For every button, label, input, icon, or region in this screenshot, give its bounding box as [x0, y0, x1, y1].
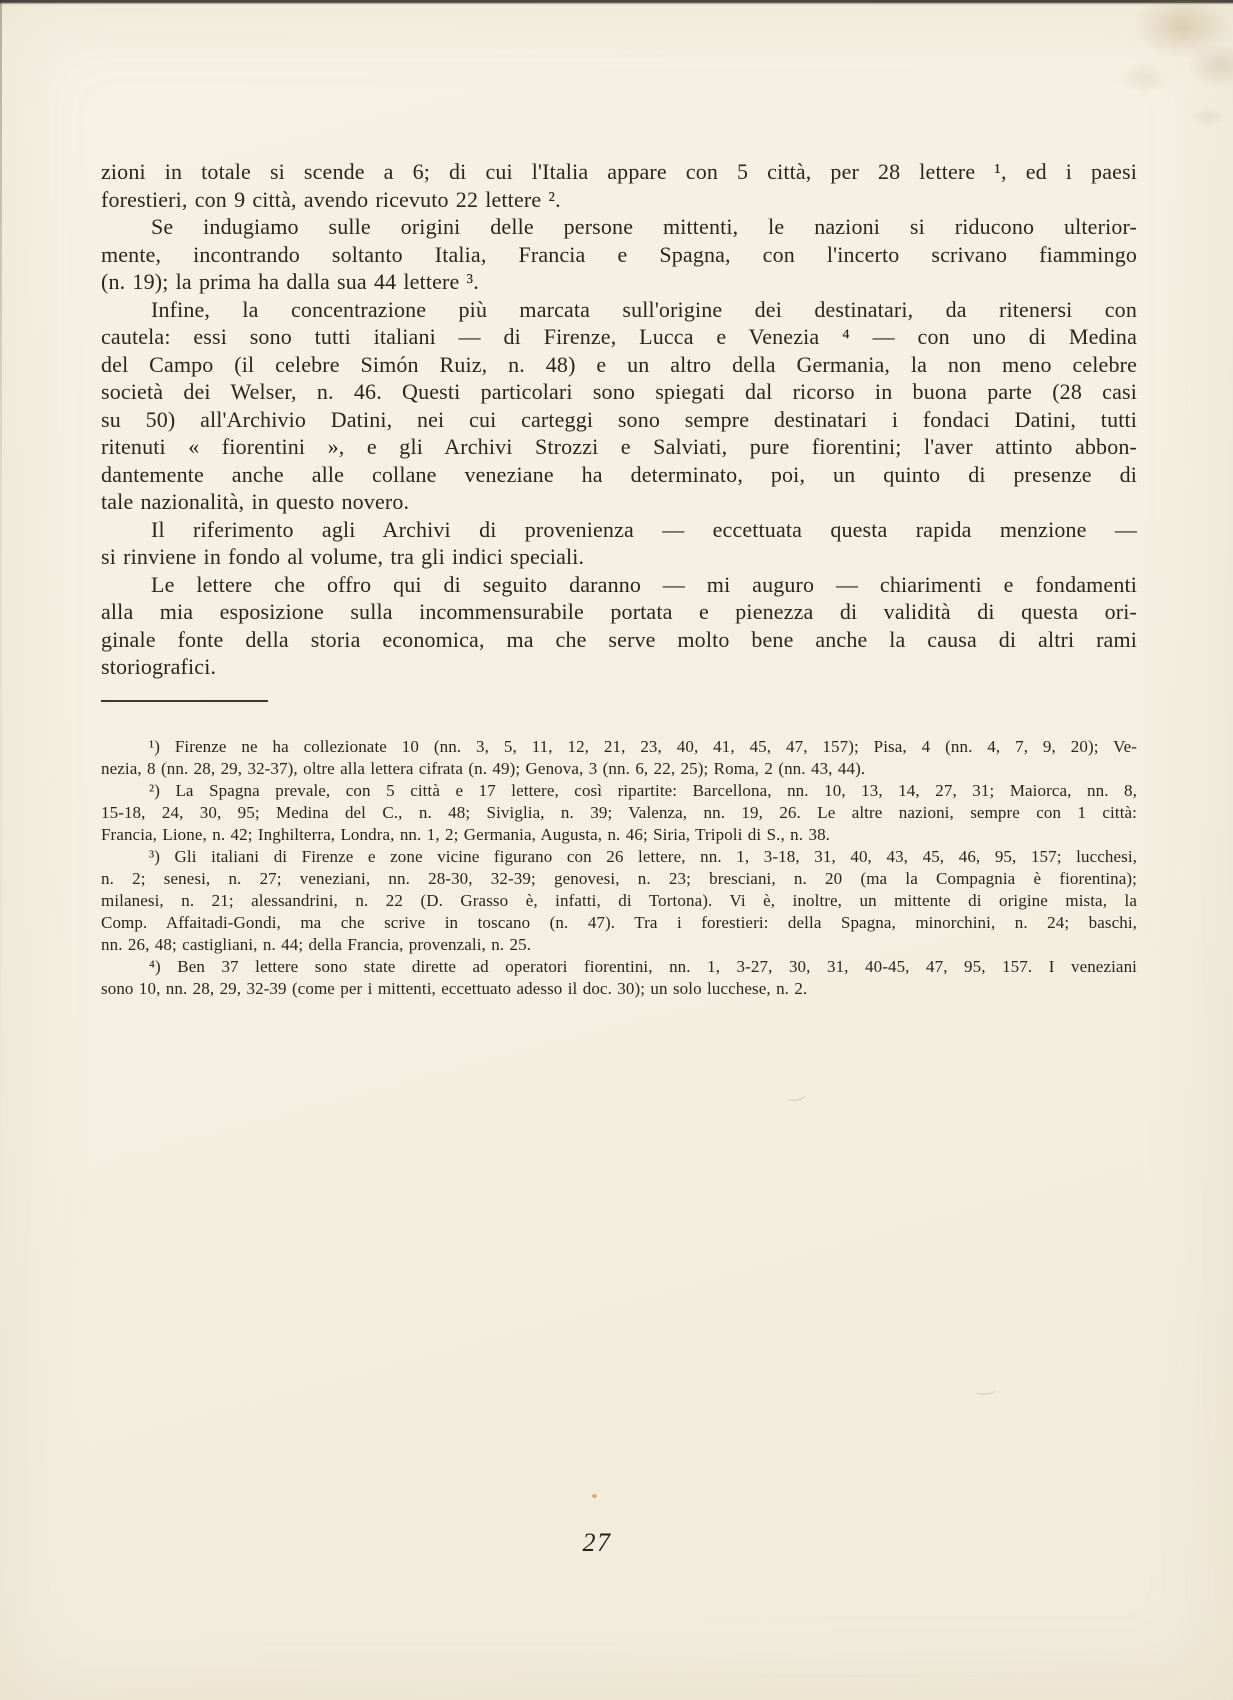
- footnote-separator: [101, 700, 268, 702]
- text-line: sono 10, nn. 28, 29, 32-39 (come per i m…: [101, 978, 1137, 1000]
- text-line: ¹) Firenze ne ha collezionate 10 (nn. 3,…: [101, 736, 1137, 758]
- paragraph: Il riferimento agli Archivi di provenien…: [101, 516, 1137, 571]
- text-line: 15-18, 24, 30, 95; Medina del C., n. 48;…: [101, 802, 1137, 824]
- text-line: Il riferimento agli Archivi di provenien…: [101, 516, 1137, 544]
- text-line: Se indugiamo sulle origini delle persone…: [101, 213, 1137, 241]
- paragraph: zioni in totale si scende a 6; di cui l'…: [101, 158, 1137, 213]
- paragraph: ¹) Firenze ne ha collezionate 10 (nn. 3,…: [101, 736, 1137, 780]
- scan-artifact: [975, 1384, 998, 1396]
- text-line: ginale fonte della storia economica, ma …: [101, 626, 1137, 654]
- text-line: tale nazionalità, in questo novero.: [101, 488, 1137, 516]
- text-line: Comp. Affaitadi-Gondi, ma che scrive in …: [101, 912, 1137, 934]
- text-line: forestieri, con 9 città, avendo ricevuto…: [101, 186, 1137, 214]
- text-line: ²) La Spagna prevale, con 5 città e 17 l…: [101, 780, 1137, 802]
- text-line: ⁴) Ben 37 lettere sono state dirette ad …: [101, 956, 1137, 978]
- text-line: su 50) all'Archivio Datini, nei cui cart…: [101, 406, 1137, 434]
- text-line: cautela: essi sono tutti italiani — di F…: [101, 323, 1137, 351]
- scan-speck: [592, 1494, 597, 1498]
- text-line: Le lettere che offro qui di seguito dara…: [101, 571, 1137, 599]
- paragraph: ²) La Spagna prevale, con 5 città e 17 l…: [101, 780, 1137, 846]
- main-text: zioni in totale si scende a 6; di cui l'…: [101, 158, 1137, 681]
- paragraph: Infine, la concentrazione più marcata su…: [101, 296, 1137, 516]
- text-line: società dei Welser, n. 46. Questi partic…: [101, 378, 1137, 406]
- text-line: zioni in totale si scende a 6; di cui l'…: [101, 158, 1137, 186]
- text-line: mente, incontrando soltanto Italia, Fran…: [101, 241, 1137, 269]
- text-line: ³) Gli italiani di Firenze e zone vicine…: [101, 846, 1137, 868]
- text-line: del Campo (il celebre Simón Ruiz, n. 48)…: [101, 351, 1137, 379]
- scan-corner-smudge: [1023, 0, 1233, 150]
- text-line: milanesi, n. 21; alessandrini, n. 22 (D.…: [101, 890, 1137, 912]
- text-line: Francia, Lione, n. 42; Inghilterra, Lond…: [101, 824, 1137, 846]
- text-line: nn. 26, 48; castigliani, n. 44; della Fr…: [101, 934, 1137, 956]
- scan-left-edge: [0, 0, 2, 1700]
- scan-artifact: [785, 1088, 807, 1102]
- paragraph: ⁴) Ben 37 lettere sono state dirette ad …: [101, 956, 1137, 1000]
- text-line: nezia, 8 (nn. 28, 29, 32-37), oltre alla…: [101, 758, 1137, 780]
- text-line: n. 2; senesi, n. 27; veneziani, nn. 28-3…: [101, 868, 1137, 890]
- text-line: dantemente anche alle collane veneziane …: [101, 461, 1137, 489]
- page-number: 27: [552, 1528, 642, 1558]
- paragraph: Le lettere che offro qui di seguito dara…: [101, 571, 1137, 681]
- book-page: zioni in totale si scende a 6; di cui l'…: [0, 0, 1233, 1700]
- text-line: si rinviene in fondo al volume, tra gli …: [101, 543, 1137, 571]
- text-line: storiografici.: [101, 653, 1137, 681]
- text-line: (n. 19); la prima ha dalla sua 44 letter…: [101, 268, 1137, 296]
- footnotes-text: ¹) Firenze ne ha collezionate 10 (nn. 3,…: [101, 736, 1137, 1000]
- text-line: Infine, la concentrazione più marcata su…: [101, 296, 1137, 324]
- text-line: alla mia esposizione sulla incommensurab…: [101, 598, 1137, 626]
- paragraph: ³) Gli italiani di Firenze e zone vicine…: [101, 846, 1137, 956]
- paragraph: Se indugiamo sulle origini delle persone…: [101, 213, 1137, 296]
- text-line: ritenuti « fiorentini », e gli Archivi S…: [101, 433, 1137, 461]
